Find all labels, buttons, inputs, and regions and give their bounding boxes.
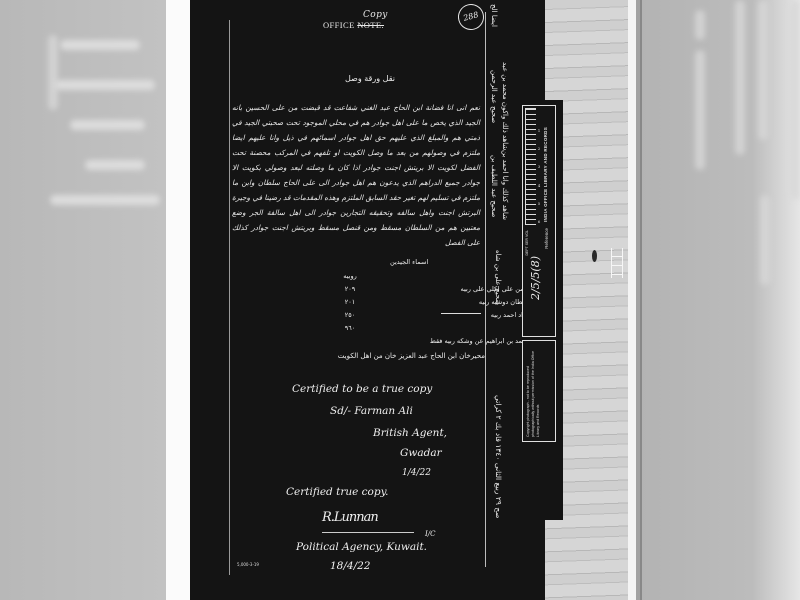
handwritten-copy: Copy: [363, 10, 388, 20]
arabic-heading: نقل ورقة وصل: [310, 74, 430, 83]
ghost-text-line: [60, 40, 140, 50]
margin-note-col2b: شاهد كذلك وانا احمد بن: [501, 150, 509, 220]
scan-margin: [166, 0, 190, 600]
certification-1-line2: Sd/- Farman Ali: [330, 405, 413, 417]
arabic-signature-line: محيرخان ابن الحاج عبد العزيز خان من اهل …: [255, 352, 485, 360]
margin-note-col1a: صحيح عبد الرحمن: [490, 70, 498, 123]
arabic-list-heading: اسماء الجيدين: [390, 258, 428, 266]
certification-2-title-note: I/C: [425, 530, 435, 538]
struck-word: NOTE.: [357, 20, 384, 30]
list-total-row: ٩٦٠: [330, 324, 530, 337]
currency-label: روبيه: [330, 272, 370, 285]
signature-underline: [322, 532, 414, 533]
margin-rule-left: [229, 20, 230, 575]
next-page-preview[interactable]: [640, 0, 800, 600]
previous-page-preview[interactable]: [0, 0, 166, 600]
ghost-text-line: [758, 0, 768, 140]
margin-note-bottom: صح ٢٩ ربيع الثانى ١٣٤٠ قاد بك ٢ كراتي: [494, 395, 503, 518]
paper-mark: [611, 248, 623, 278]
sum-rule: [441, 313, 481, 314]
stamp-small-labels: DEPT SER VOL: [525, 230, 530, 256]
margin-note-col3: صحيح على بن شاه: [494, 250, 502, 305]
office-note-header: OFFICE NOTE. Copy: [323, 20, 384, 30]
margin-note-top: ايضا الح: [490, 4, 498, 27]
office-label: OFFICE: [323, 20, 355, 30]
ghost-text-line: [85, 160, 145, 170]
ghost-text-line: [695, 10, 705, 40]
certification-1-line1: Certified to be a true copy: [292, 383, 432, 395]
list-item: مراد احمد ربيه ٢٥٠: [330, 311, 530, 324]
ghost-text-line: [735, 0, 745, 155]
ruler-numbers: 1 2 3 4 5 6: [535, 128, 543, 224]
ghost-text-line: [760, 195, 770, 285]
arabic-body-text: نعم انى انا فضانة ابن الحاج عبد الغني شف…: [232, 100, 480, 250]
paper-edge-shadow: [636, 0, 642, 600]
list-item-amount: ٢٠٩: [330, 285, 370, 298]
list-item-amount: ٢٠١: [330, 298, 370, 311]
list-item-amount: ٢٥٠: [330, 311, 370, 324]
copyright-box: Copyright photograph - not to be reprodu…: [522, 340, 556, 442]
stamp-title: INDIA OFFICE LIBRARY AND RECORDS: [543, 110, 553, 222]
ghost-text-line: [50, 195, 160, 205]
ghost-text-line: [790, 0, 800, 200]
signature: R.Lunnan: [322, 510, 378, 525]
ghost-text-line: [695, 50, 705, 170]
stamp-reference-label: Reference: [544, 228, 549, 249]
copyright-notice: Copyright photograph - not to be reprodu…: [526, 345, 552, 437]
ghost-text-line: [55, 80, 155, 90]
ghost-text-line: [70, 120, 145, 130]
certification-2-date: 18/4/22: [330, 560, 370, 572]
paper-stain: [592, 250, 597, 262]
margin-note-col1b: شاهد ذلك واكون محمد بن عبد: [501, 62, 509, 150]
certification-1-date: 1/4/22: [402, 468, 431, 478]
archive-reference-stamp: 1 2 3 4 5 6 INDIA OFFICE LIBRARY AND REC…: [522, 105, 556, 337]
list-footer-text: محمد بن ابراهيم عن وشكه ربيه فقط: [430, 337, 530, 350]
stamp-reference-value: 2/5/5(8): [529, 256, 542, 300]
list-total: ٩٦٠: [330, 324, 370, 337]
ghost-text-line: [48, 35, 58, 110]
list-footer: محمد بن ابراهيم عن وشكه ربيه فقط: [330, 337, 530, 350]
certification-1-line3: British Agent,: [373, 427, 447, 439]
certification-2-line1: Certified true copy.: [286, 486, 388, 498]
certification-2-line2: Political Agency, Kuwait.: [296, 541, 427, 553]
certification-1-line4: Gwadar: [400, 447, 442, 459]
margin-note-col2a: صحيح عبد اللطيف بن: [490, 155, 498, 218]
print-code: 5,000-3-19: [237, 562, 259, 567]
